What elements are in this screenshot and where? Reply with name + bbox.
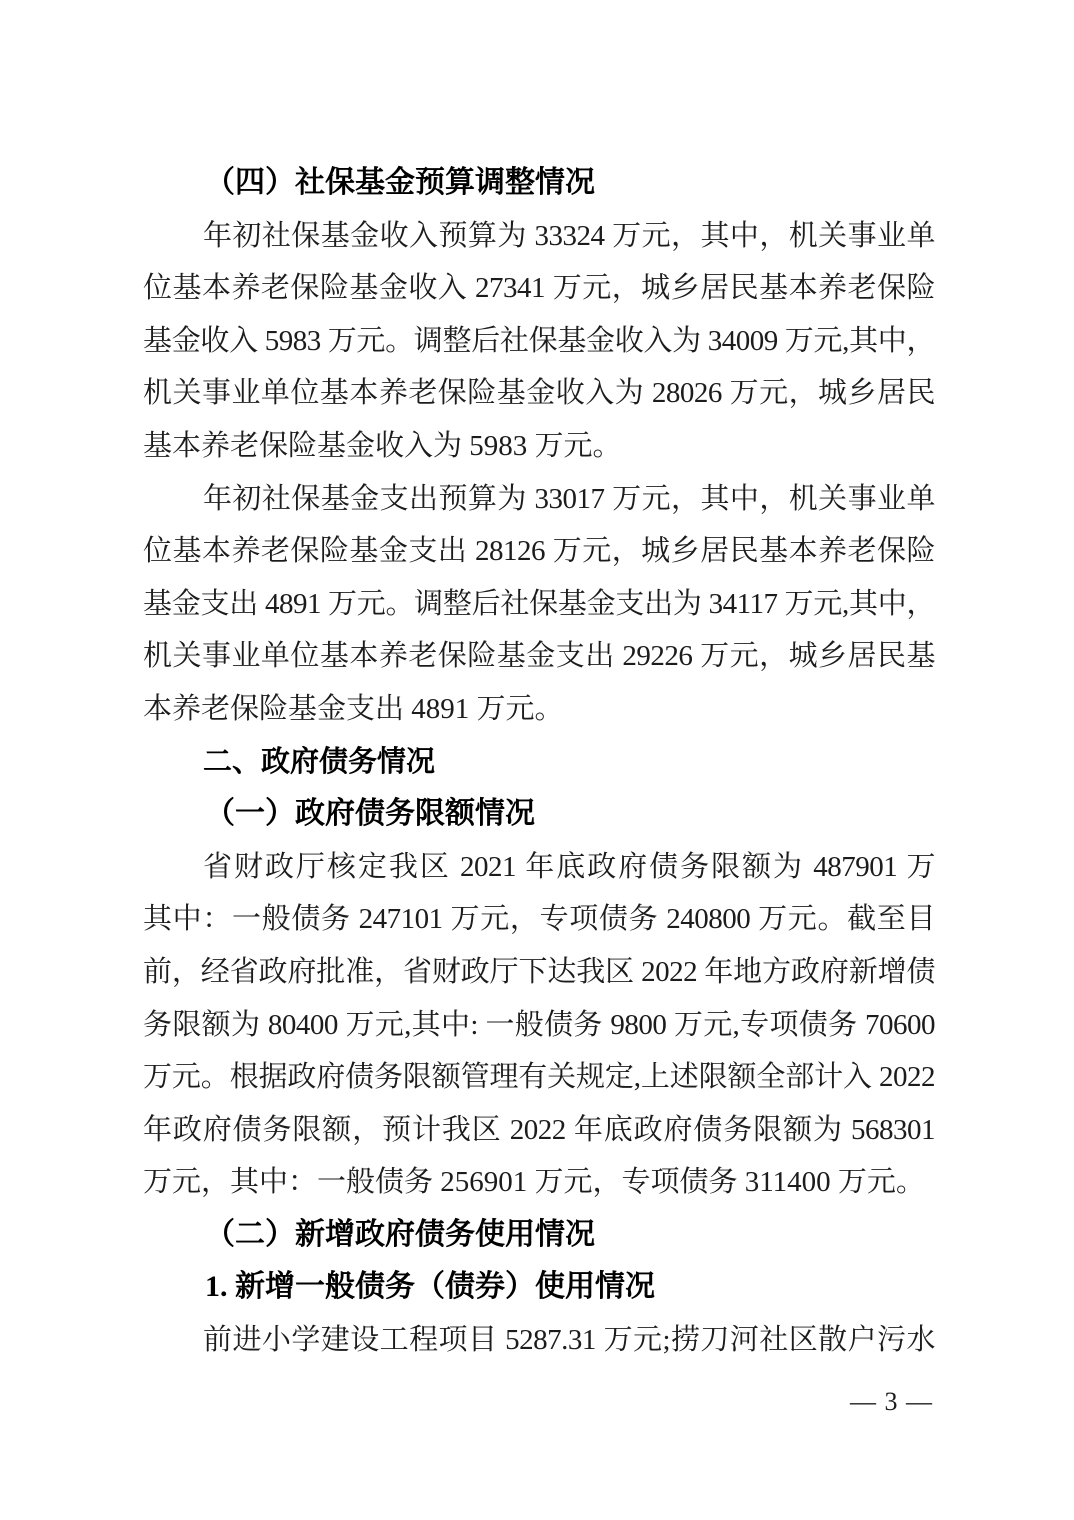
heading-new-debt-usage: （二）新增政府债务使用情况 xyxy=(143,1209,935,1262)
para-debt-limit-line-7: 万元，其中：一般债务 256901 万元，专项债务 311400 万元。 xyxy=(143,1156,935,1209)
para-expense-line-3: 基金支出 4891 万元。调整后社保基金支出为 34117 万元,其中， xyxy=(143,578,935,631)
heading-government-debt: 二、政府债务情况 xyxy=(143,736,935,789)
heading-new-general-debt-usage: 1. 新增一般债务（债券）使用情况 xyxy=(143,1261,935,1314)
para-expense-line-1: 年初社保基金支出预算为 33017 万元，其中，机关事业单 xyxy=(143,473,935,526)
para-debt-limit-line-5: 万元。根据政府债务限额管理有关规定,上述限额全部计入 2022 xyxy=(143,1051,935,1104)
para-income-line-5: 基本养老保险基金收入为 5983 万元。 xyxy=(143,420,935,473)
para-income-line-1: 年初社保基金收入预算为 33324 万元，其中，机关事业单 xyxy=(143,210,935,263)
heading-debt-limit: （一）政府债务限额情况 xyxy=(143,788,935,841)
para-debt-limit-line-3: 前，经省政府批准，省财政厅下达我区 2022 年地方政府新增债 xyxy=(143,946,935,999)
para-projects-line-1: 前进小学建设工程项目 5287.31 万元;捞刀河社区散户污水 xyxy=(143,1314,935,1367)
heading-social-fund-adjustment: （四）社保基金预算调整情况 xyxy=(143,157,935,210)
para-debt-limit-line-6: 年政府债务限额，预计我区 2022 年底政府债务限额为 568301 xyxy=(143,1104,935,1157)
para-debt-limit-line-1: 省财政厅核定我区 2021 年底政府债务限额为 487901 万元， xyxy=(143,841,935,894)
document-page: （四）社保基金预算调整情况 年初社保基金收入预算为 33324 万元，其中，机关… xyxy=(0,0,1074,1520)
para-income-line-4: 机关事业单位基本养老保险基金收入为 28026 万元，城乡居民 xyxy=(143,367,935,420)
para-expense-line-4: 机关事业单位基本养老保险基金支出 29226 万元，城乡居民基 xyxy=(143,630,935,683)
para-debt-limit-line-2: 其中：一般债务 247101 万元，专项债务 240800 万元。截至目 xyxy=(143,893,935,946)
para-income-line-2: 位基本养老保险基金收入 27341 万元，城乡居民基本养老保险 xyxy=(143,262,935,315)
page-number: — 3 — xyxy=(850,1384,933,1420)
document-content: （四）社保基金预算调整情况 年初社保基金收入预算为 33324 万元，其中，机关… xyxy=(143,157,935,1367)
para-expense-line-5: 本养老保险基金支出 4891 万元。 xyxy=(143,683,935,736)
para-expense-line-2: 位基本养老保险基金支出 28126 万元，城乡居民基本养老保险 xyxy=(143,525,935,578)
para-income-line-3: 基金收入 5983 万元。调整后社保基金收入为 34009 万元,其中， xyxy=(143,315,935,368)
para-debt-limit-line-4: 务限额为 80400 万元,其中: 一般债务 9800 万元,专项债务 7060… xyxy=(143,999,935,1052)
